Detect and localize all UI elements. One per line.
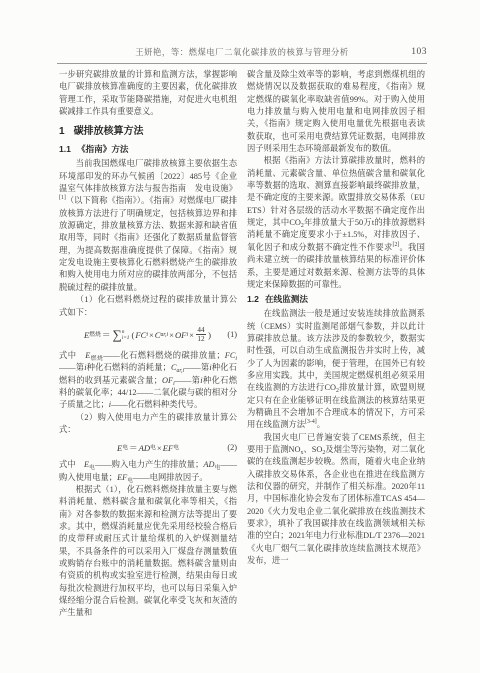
close-paren: ) bbox=[208, 329, 211, 341]
running-title: 王妍艳，等：燃煤电厂二氧化碳排放的核算与管理分析 bbox=[59, 46, 425, 59]
paragraph-intro-continuation: 一步研究碳排放量的计算和监测方法，掌握影响电厂碳排放核算准确度的主要因素，优化碳… bbox=[59, 69, 237, 118]
paragraph-parameters-continuation: 碳含量及除尘效率等的影响，考虑到燃煤机组的燃烧情况以及数据获取的难易程度，《指南… bbox=[247, 69, 425, 155]
paper-page: 王妍艳，等：燃煤电厂二氧化碳排放的核算与管理分析 103 一步研究碳排放量的计算… bbox=[0, 0, 480, 673]
equation-2-number: (2) bbox=[227, 442, 237, 454]
paragraph-uncertainty: 根据《指南》方法计算碳排放量时，燃料的消耗量、元素碳含量、单位热值碳含量和碳氧化… bbox=[247, 155, 425, 291]
subsection-heading-1-2: 1.2在线监测法 bbox=[247, 294, 425, 305]
paragraph-cems-china: 我国火电厂已普遍安装了CEMS系统，但主要用于监测NOx、SO2及烟尘等污染物，… bbox=[247, 432, 425, 568]
equals-sign: ＝ bbox=[102, 329, 111, 341]
header-divider bbox=[57, 63, 427, 64]
equation-1: E燃烧 ＝ ∑ n i=1 ( FCi × Car,i × OFi × 44 bbox=[59, 323, 237, 347]
equation-2-expression: E电 ＝ AD电 × EF电 bbox=[117, 442, 179, 454]
times-sign: × bbox=[169, 329, 174, 341]
times-sign: × bbox=[149, 329, 154, 341]
subsection-title: 《指南》方法 bbox=[77, 144, 129, 154]
equation-1-number: (1) bbox=[227, 329, 237, 341]
sigma-limits: n i=1 bbox=[122, 329, 130, 341]
var-AD: AD bbox=[139, 442, 150, 454]
two-column-body: 一步研究碳排放量的计算和监测方法，掌握影响电厂碳排放核算准确度的主要因素，优化碳… bbox=[59, 69, 425, 625]
fraction-numerator: 44 bbox=[196, 326, 206, 335]
sigma-lower-limit: i=1 bbox=[122, 335, 130, 341]
equals-sign: ＝ bbox=[129, 442, 138, 454]
paragraph-formula2-intro: （2）购入使用电力产生的碳排放量计算公式： bbox=[59, 412, 237, 437]
subsection-title: 在线监测法 bbox=[265, 294, 308, 304]
section-heading-1: 1碳排放核算方法 bbox=[59, 126, 237, 138]
paragraph-cems-overview: 在线监测法一般是通过安装连续排放监测系统（CEMS）实时监测尾部烟气参数，并以此… bbox=[247, 308, 425, 431]
paragraph-formula2-explanation: 式中 E电——购入电力产生的排放量；AD电——购入使用电量；EF电——电网排放因… bbox=[59, 459, 237, 484]
page-number: 103 bbox=[411, 46, 427, 59]
var-EF: EF bbox=[163, 442, 174, 454]
paragraph-parameters: 根据式（1），化石燃料燃烧排放量主要与燃料消耗量、燃料碳含量和碳氧化率等相关，《… bbox=[59, 484, 237, 620]
right-column: 碳含量及除尘效率等的影响，考虑到燃煤机组的燃烧情况以及数据获取的难易程度，《指南… bbox=[247, 69, 425, 625]
running-header: 王妍艳，等：燃煤电厂二氧化碳排放的核算与管理分析 103 bbox=[59, 46, 425, 59]
sigma-icon: ∑ bbox=[112, 328, 121, 341]
subsection-number: 1.1 bbox=[59, 144, 71, 154]
equation-2: E电 ＝ AD电 × EF电 (2) bbox=[59, 440, 237, 456]
times-sign: × bbox=[189, 329, 194, 341]
equation-1-expression: E燃烧 ＝ ∑ n i=1 ( FCi × Car,i × OFi × 44 bbox=[84, 326, 212, 343]
section-number: 1 bbox=[59, 126, 65, 137]
paragraph-formula1-intro: （1）化石燃料燃烧过程的碳排放量计算公式如下： bbox=[59, 294, 237, 319]
subsection-heading-1-1: 1.1《指南》方法 bbox=[59, 144, 237, 155]
open-paren: ( bbox=[131, 329, 134, 341]
var-OF: OF bbox=[175, 329, 186, 341]
paragraph-guide: 当前我国燃煤电厂碳排放核算主要依据生态环境部印发的环办气候函〔2022〕485号… bbox=[59, 158, 237, 294]
section-title: 碳排放核算方法 bbox=[74, 126, 144, 137]
fraction-denominator: 12 bbox=[197, 335, 204, 343]
fraction-44-12: 44 12 bbox=[196, 326, 206, 343]
times-sign: × bbox=[157, 442, 162, 454]
subsection-number: 1.2 bbox=[247, 294, 259, 304]
paragraph-formula1-explanation: 式中 E燃烧——化石燃料燃烧的碳排放量；FCi——第i种化石燃料的消耗量；Car… bbox=[59, 350, 237, 412]
var-FC: FC bbox=[135, 329, 146, 341]
left-column: 一步研究碳排放量的计算和监测方法，掌握影响电厂碳排放核算准确度的主要因素，优化碳… bbox=[59, 69, 237, 625]
var-C: C bbox=[155, 329, 161, 341]
